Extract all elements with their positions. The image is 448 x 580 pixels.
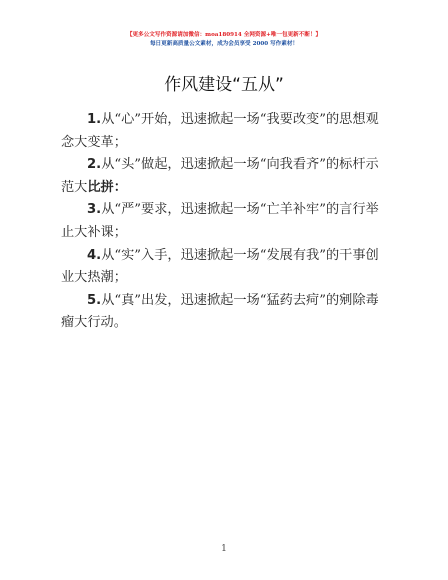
promo-banner-line2: 每日更新高质量公文素材，成为会员享受 2000 写作素材！ xyxy=(0,40,448,48)
document-title: 作风建设“五从” xyxy=(0,74,448,96)
list-item: 5.从“真”出发，迅速掀起一场“猛药去疴”的剜除毒瘤大行动。 xyxy=(61,290,391,335)
list-item: 1.从“心”开始，迅速掀起一场“我要改变”的思想观念大变革； xyxy=(61,109,391,154)
item-text: 从“心”开始，迅速掀起一场“我要改变”的思想观念大变革； xyxy=(61,112,379,150)
item-number: 1. xyxy=(87,112,101,127)
list-item: 3.从“严”要求，迅速掀起一场“亡羊补牢”的言行举止大补课； xyxy=(61,199,391,244)
list-item: 4.从“实”入手，迅速掀起一场“发展有我”的干事创业大热潮； xyxy=(61,245,391,290)
item-number: 5. xyxy=(87,293,101,308)
item-number: 2. xyxy=(87,157,101,172)
item-text: 从“严”要求，迅速掀起一场“亡羊补牢”的言行举止大补课； xyxy=(61,202,379,240)
page-number: 1 xyxy=(0,544,448,554)
item-text-bold-tail: 比拼： xyxy=(87,180,127,195)
item-text: 从“真”出发，迅速掀起一场“猛药去疴”的剜除毒瘤大行动。 xyxy=(61,293,379,331)
document-body: 1.从“心”开始，迅速掀起一场“我要改变”的思想观念大变革； 2.从“头”做起，… xyxy=(61,109,391,335)
promo-banner-line1: 【更多公文写作资源请加微信：moa180914 全网资源+唯一包更新不断！】 xyxy=(0,31,448,39)
item-number: 3. xyxy=(87,202,101,217)
list-item: 2.从“头”做起，迅速掀起一场“向我看齐”的标杆示范大比拼： xyxy=(61,154,391,199)
item-text: 从“实”入手，迅速掀起一场“发展有我”的干事创业大热潮； xyxy=(61,248,379,286)
item-number: 4. xyxy=(87,248,101,263)
document-page: 【更多公文写作资源请加微信：moa180914 全网资源+唯一包更新不断！】 每… xyxy=(0,0,448,580)
